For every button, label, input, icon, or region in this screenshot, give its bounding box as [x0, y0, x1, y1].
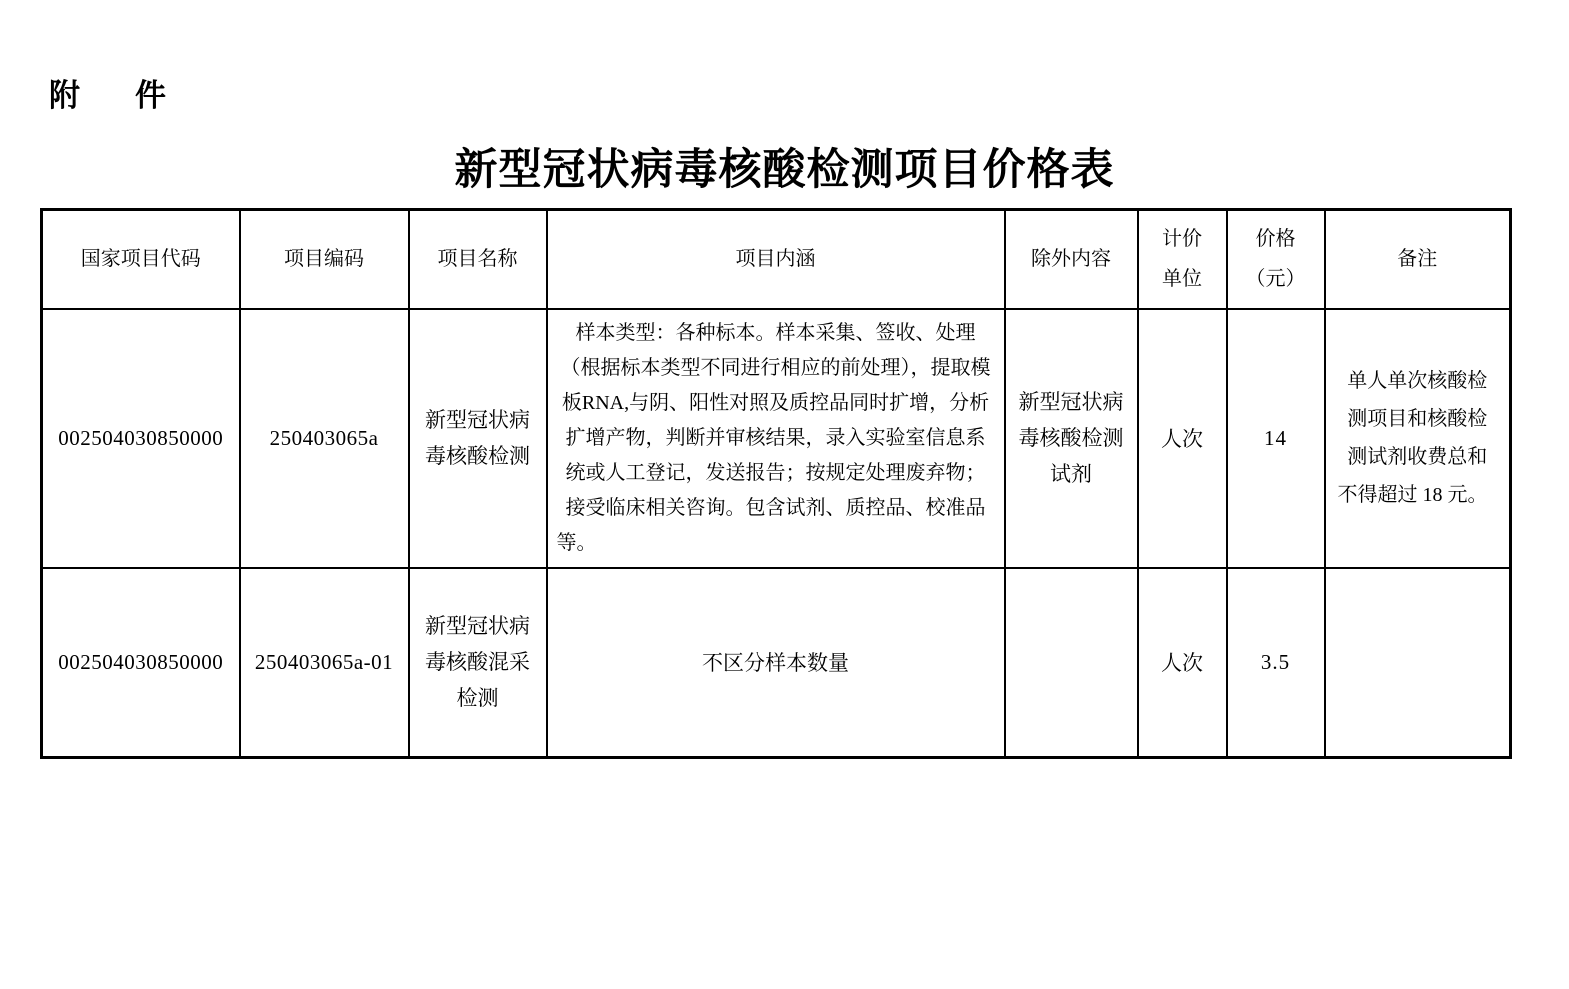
cell-project-code: 250403065a-01 [240, 568, 409, 758]
col-header-pricing-unit: 计价 单位 [1138, 210, 1227, 309]
col-header-national-project-code: 国家项目代码 [42, 210, 240, 309]
col-header-remark: 备注 [1325, 210, 1511, 309]
attachment-label: 附 件 [49, 70, 178, 115]
cell-excluded-content [1005, 568, 1138, 758]
col-header-excluded-content: 除外内容 [1005, 210, 1138, 309]
cell-pricing-unit: 人次 [1138, 568, 1227, 758]
cell-excluded-content: 新型冠状病毒核酸检测试剂 [1005, 309, 1138, 568]
cell-price: 14 [1227, 309, 1325, 568]
page-title: 新型冠状病毒核酸检测项目价格表 [0, 136, 1569, 197]
col-header-project-content: 项目内涵 [547, 210, 1005, 309]
cell-national-project-code: 002504030850000 [42, 568, 240, 758]
cell-pricing-unit: 人次 [1138, 309, 1227, 568]
table-row-pooled-test: 002504030850000 250403065a-01 新型冠状病毒核酸混采… [42, 568, 1511, 758]
cell-project-code: 250403065a [240, 309, 409, 568]
cell-remark: 单人单次核酸检测项目和核酸检测试剂收费总和不得超过 18 元。 [1325, 309, 1511, 568]
price-table: 国家项目代码 项目编码 项目名称 项目内涵 除外内容 计价 单位 价格 （元） … [40, 208, 1512, 759]
cell-remark [1325, 568, 1511, 758]
cell-project-content: 不区分样本数量 [547, 568, 1005, 758]
col-header-price-yuan: 价格 （元） [1227, 210, 1325, 309]
table-row-nucleic-acid-test: 002504030850000 250403065a 新型冠状病毒核酸检测 样本… [42, 309, 1511, 568]
col-header-project-name: 项目名称 [409, 210, 547, 309]
cell-project-name: 新型冠状病毒核酸检测 [409, 309, 547, 568]
cell-price: 3.5 [1227, 568, 1325, 758]
col-header-project-code: 项目编码 [240, 210, 409, 309]
cell-project-content: 样本类型：各种标本。样本采集、签收、处理（根据标本类型不同进行相应的前处理），提… [547, 309, 1005, 568]
cell-project-name: 新型冠状病毒核酸混采检测 [409, 568, 547, 758]
cell-national-project-code: 002504030850000 [42, 309, 240, 568]
table-header-row: 国家项目代码 项目编码 项目名称 项目内涵 除外内容 计价 单位 价格 （元） … [42, 210, 1511, 309]
